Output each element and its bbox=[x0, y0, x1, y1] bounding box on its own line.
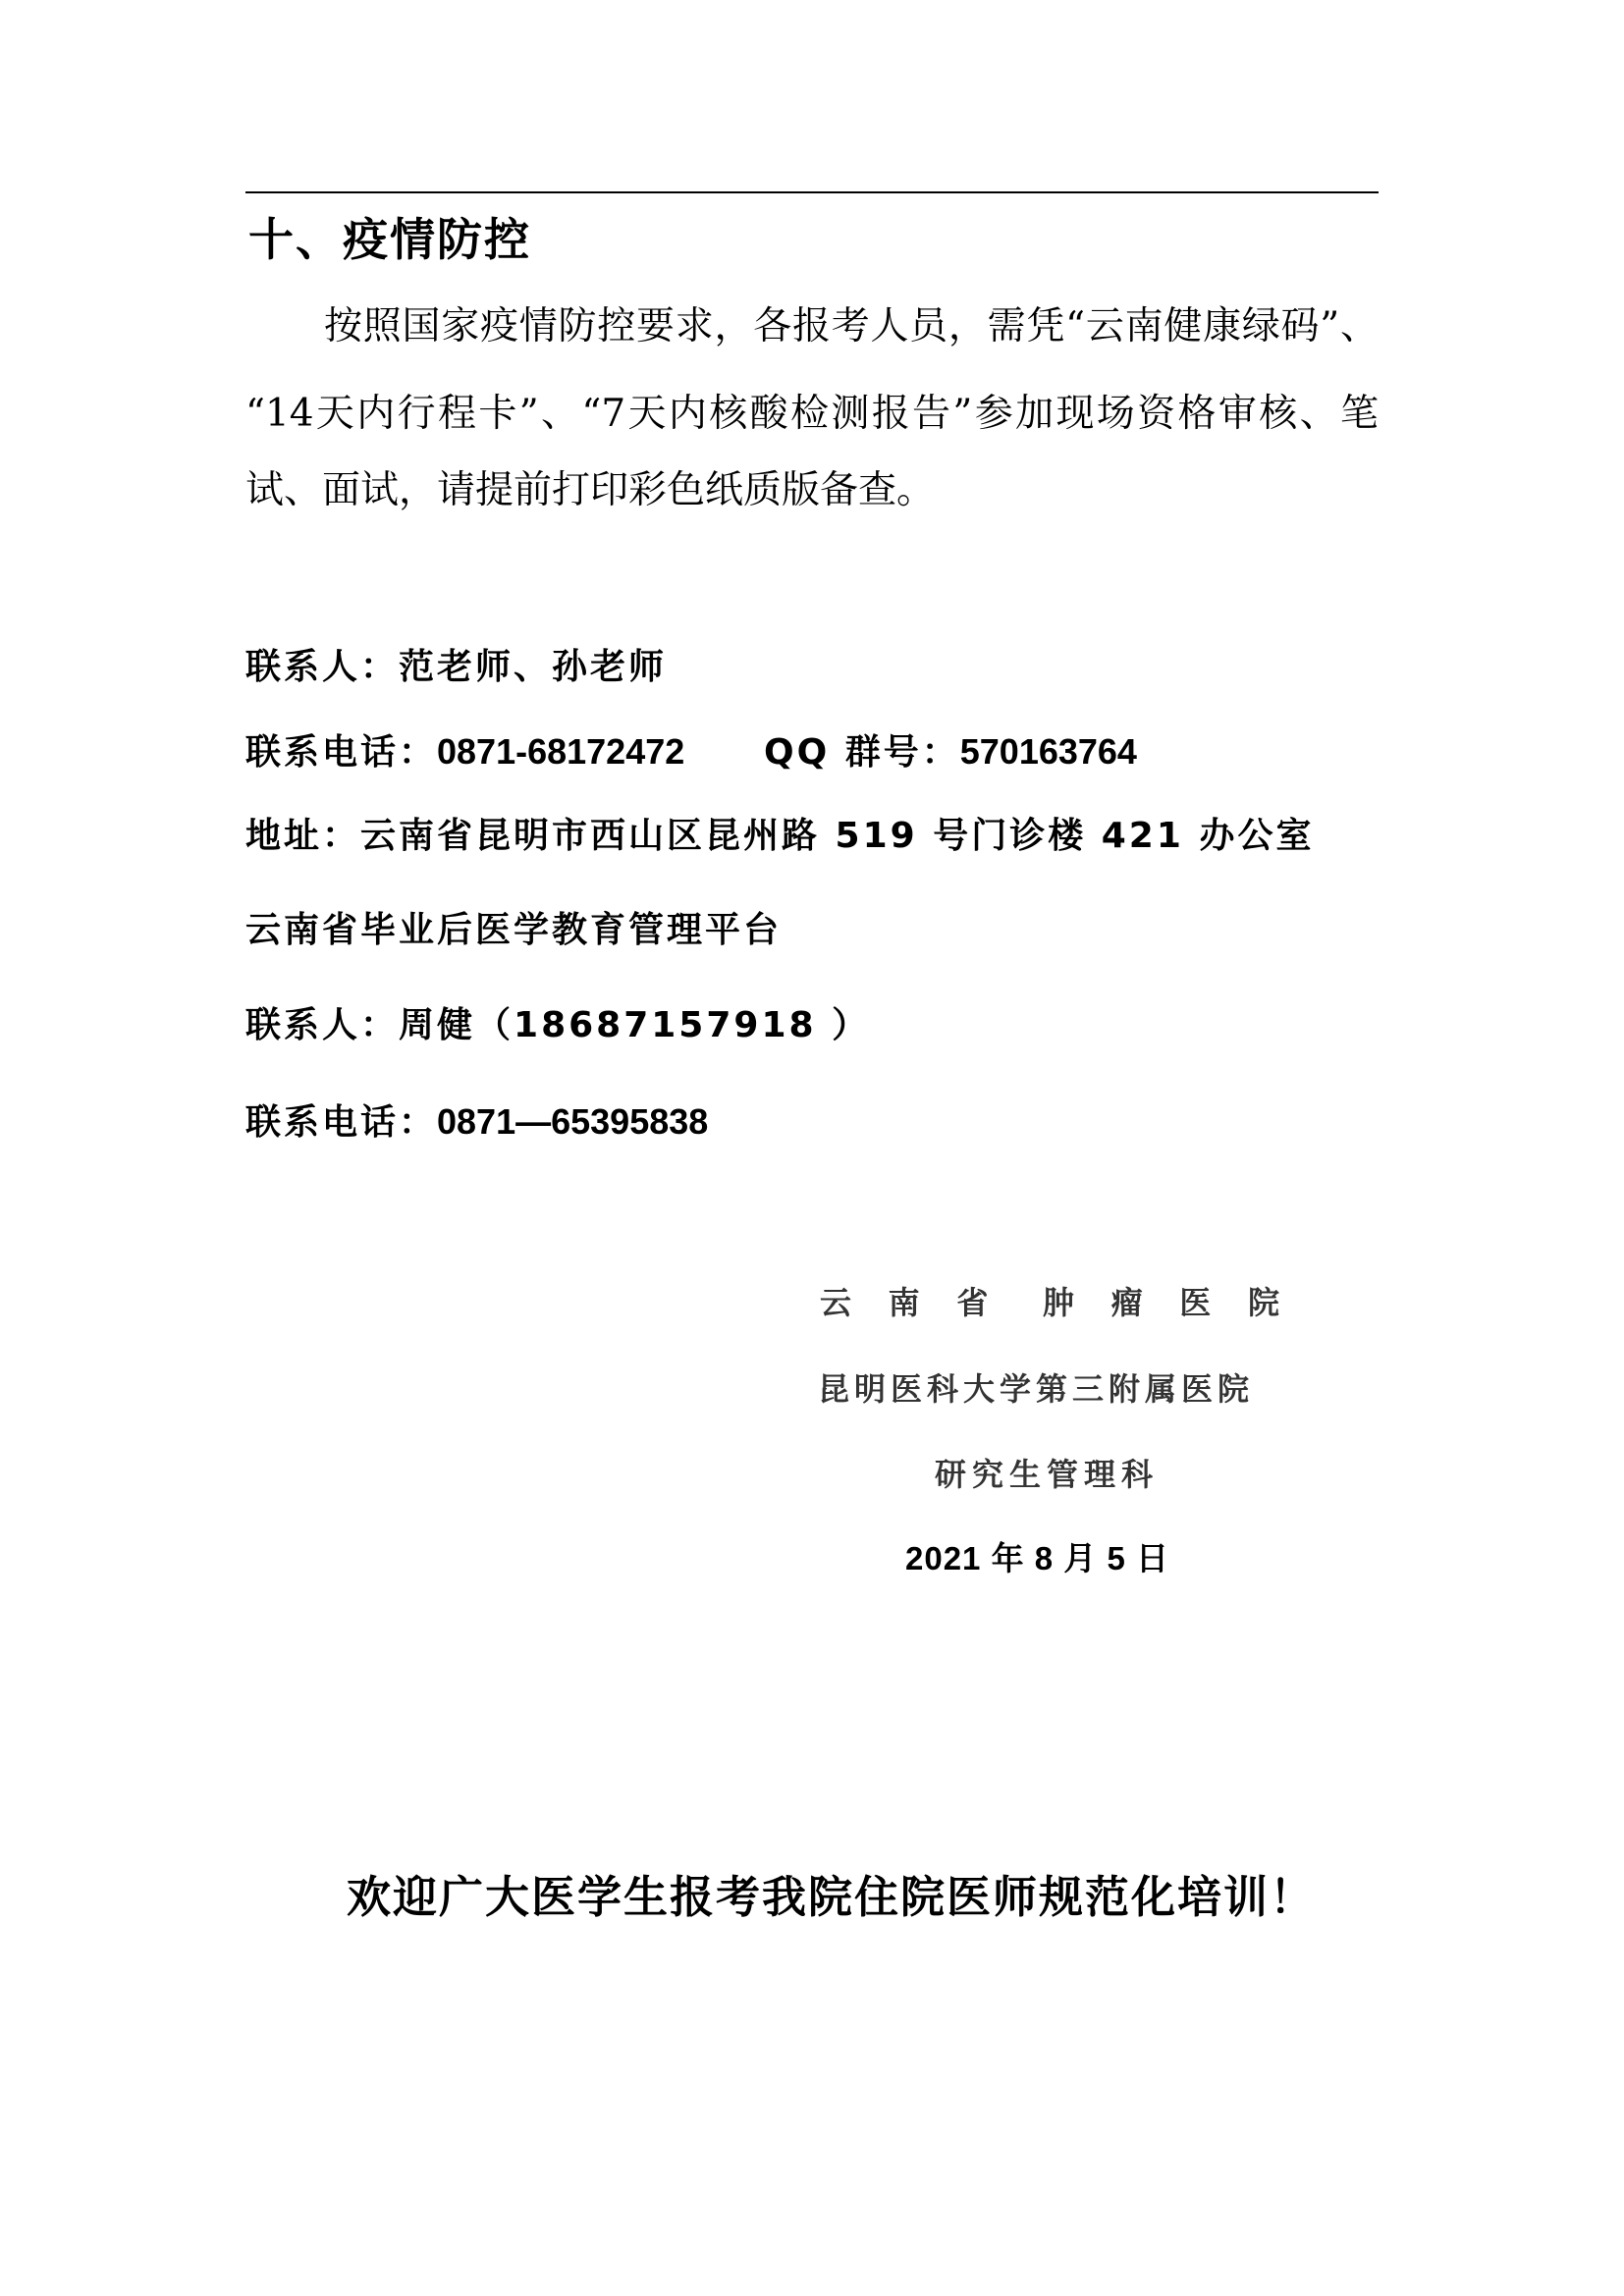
header-rule-divider bbox=[245, 191, 1379, 193]
platform-phone-line: 联系电话：0871—65395838 bbox=[245, 1104, 708, 1141]
signature-hospital-name: 云 南 省 肿 瘤 医 院 bbox=[820, 1287, 1279, 1318]
signature-hospital-char: 省 bbox=[956, 1287, 988, 1318]
signature-department: 研究生管理科 bbox=[935, 1459, 1159, 1490]
signature-hospital-char: 云 bbox=[820, 1287, 851, 1318]
platform-contact-line: 联系人：周健（18687157918 ） bbox=[245, 1008, 870, 1043]
paragraph-line-2: “14天内行程卡”、“7天内核酸检测报告”参加现场资格审核、笔 bbox=[245, 395, 1379, 433]
qq-group-value: 570163764 bbox=[960, 731, 1137, 772]
signature-hospital-char: 南 bbox=[889, 1287, 920, 1318]
contact-person-label: 联系人： bbox=[245, 647, 399, 687]
contact-phone-value: 0871-68172472 bbox=[437, 731, 684, 772]
platform-contact-value: 周健（18687157918 ） bbox=[399, 1005, 870, 1045]
signature-hospital-char: 肿 bbox=[1043, 1287, 1074, 1318]
contact-person-line: 联系人：范老师、孙老师 bbox=[245, 650, 667, 685]
address-value: 云南省昆明市西山区昆州路 519 号门诊楼 421 办公室 bbox=[360, 816, 1314, 856]
contact-phone-label: 联系电话： bbox=[245, 732, 437, 773]
platform-phone-value: 0871—65395838 bbox=[437, 1101, 708, 1142]
signature-hospital-char: 瘤 bbox=[1111, 1287, 1143, 1318]
qq-group-label: QQ 群号： bbox=[764, 732, 960, 773]
paragraph-line-3: 试、面试，请提前打印彩色纸质版备查。 bbox=[245, 471, 1379, 509]
contact-person-value: 范老师、孙老师 bbox=[399, 647, 667, 687]
paragraph-line-1: 按照国家疫情防控要求，各报考人员，需凭“云南健康绿码”、 bbox=[245, 307, 1379, 346]
qq-group-line: QQ 群号：570163764 bbox=[764, 734, 1137, 771]
signature-hospital-char: 院 bbox=[1248, 1287, 1279, 1318]
contact-phone-line: 联系电话：0871-68172472 bbox=[245, 734, 684, 771]
platform-phone-label: 联系电话： bbox=[245, 1102, 437, 1143]
platform-contact-label: 联系人： bbox=[245, 1005, 399, 1045]
document-page: 十、疫情防控 按照国家疫情防控要求，各报考人员，需凭“云南健康绿码”、 “14天… bbox=[0, 0, 1624, 2296]
signature-university-hospital: 昆明医科大学第三附属医院 bbox=[818, 1373, 1254, 1405]
section-heading: 十、疫情防控 bbox=[248, 217, 531, 262]
platform-name-line: 云南省毕业后医学教育管理平台 bbox=[245, 913, 782, 948]
signature-hospital-char: 医 bbox=[1179, 1287, 1211, 1318]
address-line: 地址：云南省昆明市西山区昆州路 519 号门诊楼 421 办公室 bbox=[245, 819, 1314, 854]
address-label: 地址： bbox=[245, 816, 360, 856]
signature-date: 2021 年 8 月 5 日 bbox=[905, 1542, 1169, 1575]
closing-message: 欢迎广大医学生报考我院住院医师规范化培训！ bbox=[347, 1875, 1316, 1919]
